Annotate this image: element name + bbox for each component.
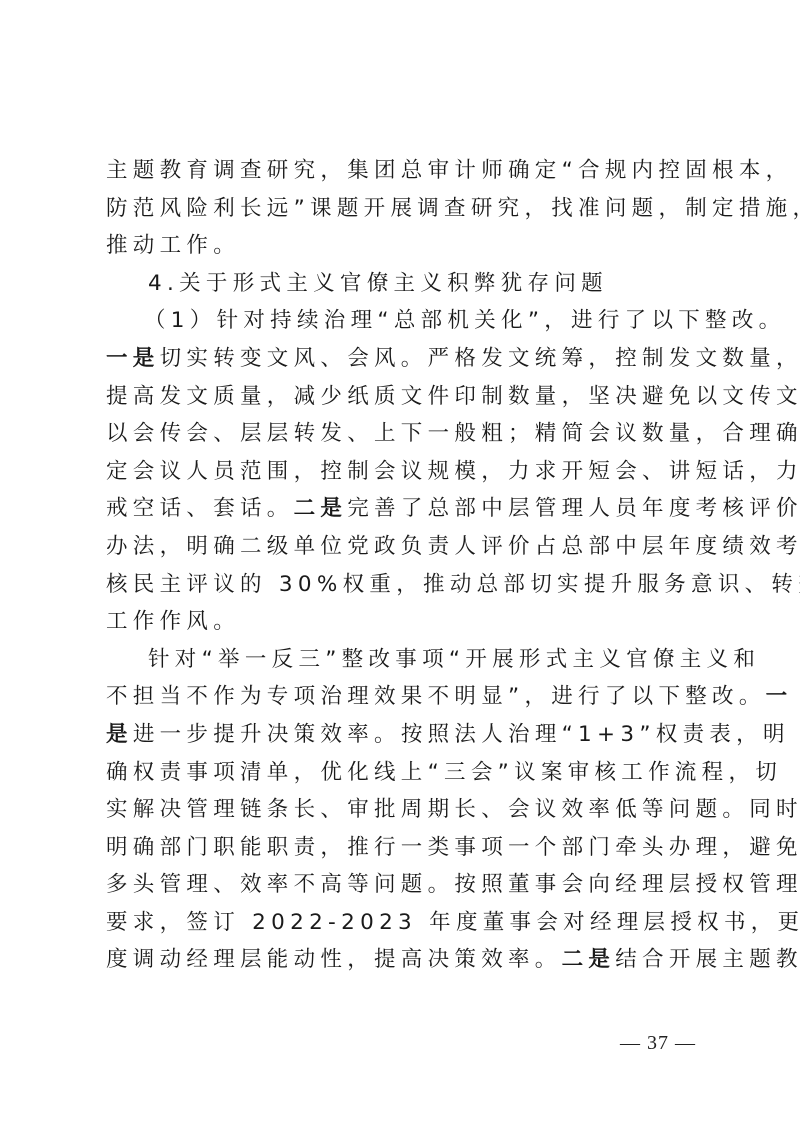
text-segment: 以会传会、层层转发、上下一般粗；精简会议数量，合理确 bbox=[106, 421, 800, 446]
emphasis-text: 一 bbox=[766, 684, 793, 709]
text-line: 提高发文质量，减少纸质文件印制数量，坚决避免以文传文、 bbox=[106, 378, 698, 416]
text-segment: 办法，明确二级单位党政负责人评价占总部中层年度绩效考 bbox=[106, 534, 800, 559]
text-segment: 切实转变文风、会风。严格发文统筹，控制发文数量， bbox=[160, 346, 800, 371]
text-line: （1）针对持续治理“总部机关化”，进行了以下整改。 bbox=[106, 302, 698, 340]
text-line: 度调动经理层能动性，提高决策效率。二是结合开展主题教 bbox=[106, 941, 698, 979]
emphasis-text: 二是 bbox=[562, 947, 616, 972]
text-segment: 完善了总部中层管理人员年度考核评价 bbox=[347, 496, 800, 521]
text-segment: 提高发文质量，减少纸质文件印制数量，坚决避免以文传文、 bbox=[106, 384, 800, 409]
page-number: — 37 — bbox=[620, 1032, 696, 1055]
text-line: 推动工作。 bbox=[106, 227, 698, 265]
text-line: 明确部门职能职责，推行一类事项一个部门牵头办理，避免 bbox=[106, 829, 698, 867]
text-segment: 定会议人员范围，控制会议规模，力求开短会、讲短话，力 bbox=[106, 459, 800, 484]
text-segment: 进一步提升决策效率。按照法人治理“1+3”权责表，明 bbox=[133, 722, 790, 747]
text-segment: 多头管理、效率不高等问题。按照董事会向经理层授权管理 bbox=[106, 872, 800, 897]
text-line: 戒空话、套话。二是完善了总部中层管理人员年度考核评价 bbox=[106, 490, 698, 528]
text-segment: 针对“举一反三”整改事项“开展形式主义官僚主义和 bbox=[148, 647, 760, 672]
text-line: 以会传会、层层转发、上下一般粗；精简会议数量，合理确 bbox=[106, 415, 698, 453]
emphasis-text: 是 bbox=[106, 722, 133, 747]
text-segment: 不担当不作为专项治理效果不明显”，进行了以下整改。 bbox=[106, 684, 766, 709]
text-segment: 度调动经理层能动性，提高决策效率。 bbox=[106, 947, 562, 972]
text-line: 4.关于形式主义官僚主义积弊犹存问题 bbox=[106, 265, 698, 303]
text-segment: （1）针对持续治理“总部机关化”，进行了以下整改。 bbox=[144, 308, 785, 333]
text-line: 核民主评议的 30%权重，推动总部切实提升服务意识、转变 bbox=[106, 566, 698, 604]
text-line: 是进一步提升决策效率。按照法人治理“1+3”权责表，明 bbox=[106, 716, 698, 754]
text-line: 工作作风。 bbox=[106, 603, 698, 641]
text-segment: 4.关于形式主义官僚主义积弊犹存问题 bbox=[148, 271, 608, 296]
text-line: 针对“举一反三”整改事项“开展形式主义官僚主义和 bbox=[106, 641, 698, 679]
text-line: 办法，明确二级单位党政负责人评价占总部中层年度绩效考 bbox=[106, 528, 698, 566]
emphasis-text: 二是 bbox=[294, 496, 348, 521]
text-segment: 防范风险利长远”课题开展调查研究，找准问题，制定措施， bbox=[106, 196, 800, 221]
text-line: 多头管理、效率不高等问题。按照董事会向经理层授权管理 bbox=[106, 866, 698, 904]
text-line: 防范风险利长远”课题开展调查研究，找准问题，制定措施， bbox=[106, 190, 698, 228]
text-segment: 戒空话、套话。 bbox=[106, 496, 294, 521]
text-segment: 主题教育调查研究，集团总审计师确定“合规内控固根本， bbox=[106, 158, 792, 183]
text-line: 要求，签订 2022-2023 年度董事会对经理层授权书，更大程 bbox=[106, 904, 698, 942]
text-segment: 要求，签订 2022-2023 年度董事会对经理层授权书，更大程 bbox=[106, 910, 800, 935]
text-segment: 明确部门职能职责，推行一类事项一个部门牵头办理，避免 bbox=[106, 835, 800, 860]
text-segment: 结合开展主题教 bbox=[615, 947, 800, 972]
text-segment: 核民主评议的 30%权重，推动总部切实提升服务意识、转变 bbox=[106, 572, 800, 597]
text-segment: 确权责事项清单，优化线上“三会”议案审核工作流程，切 bbox=[106, 760, 782, 785]
text-line: 主题教育调查研究，集团总审计师确定“合规内控固根本， bbox=[106, 152, 698, 190]
text-line: 定会议人员范围，控制会议规模，力求开短会、讲短话，力 bbox=[106, 453, 698, 491]
text-segment: 工作作风。 bbox=[106, 609, 240, 634]
text-segment: 实解决管理链条长、审批周期长、会议效率低等问题。同时 bbox=[106, 797, 800, 822]
text-line: 不担当不作为专项治理效果不明显”，进行了以下整改。一 bbox=[106, 678, 698, 716]
document-body: 主题教育调查研究，集团总审计师确定“合规内控固根本，防范风险利长远”课题开展调查… bbox=[106, 152, 698, 979]
emphasis-text: 一是 bbox=[106, 346, 160, 371]
text-segment: 推动工作。 bbox=[106, 233, 240, 258]
text-line: 确权责事项清单，优化线上“三会”议案审核工作流程，切 bbox=[106, 754, 698, 792]
text-line: 一是切实转变文风、会风。严格发文统筹，控制发文数量， bbox=[106, 340, 698, 378]
text-line: 实解决管理链条长、审批周期长、会议效率低等问题。同时 bbox=[106, 791, 698, 829]
